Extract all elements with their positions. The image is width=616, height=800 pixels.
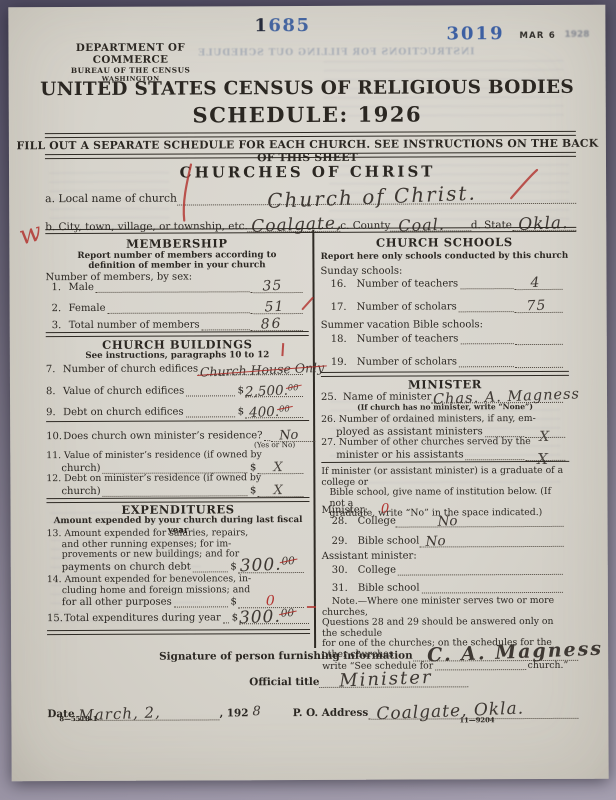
sunday-teachers-label: Number of teachers <box>357 278 459 290</box>
q-number: 31. <box>322 583 358 595</box>
dotted-leader <box>515 342 563 345</box>
q-number: 27. <box>321 437 336 448</box>
red-dash-note <box>307 606 316 608</box>
ordained-ministers-row: 26. Number of ordained ministers, if any… <box>321 414 565 439</box>
note-line: Questions 28 and 29 should be answered o… <box>322 617 568 639</box>
assistant-college-row: 30. College <box>322 564 564 577</box>
right-column: CHURCH SCHOOLS Report here only schools … <box>320 233 570 654</box>
dotted-leader: 4 <box>515 287 563 290</box>
dollar-sign: $ <box>230 561 236 573</box>
label-text: Number of ordained ministers, if any, em… <box>339 413 536 425</box>
label-text: Value of minister’s residence (if owned … <box>64 449 262 461</box>
minister-bible-school-label: Bible school <box>358 536 420 548</box>
residence-debt-line1: 12. Debt on minister’s residence (if own… <box>46 473 303 485</box>
rule <box>46 420 309 422</box>
q-number: 15. <box>47 613 64 625</box>
dotted-leader: No <box>419 544 563 548</box>
dotted-leader: 51 <box>251 311 303 314</box>
date-and-address-row: Date March, 2, , 192 8 P. O. Address Coa… <box>47 703 578 721</box>
minister-bible-school-value: No <box>425 533 446 550</box>
label-text: minister or his assistants <box>321 449 463 462</box>
q-number: 9. <box>46 407 63 419</box>
banner-instruction: FILL OUT A SEPARATE SCHEDULE FOR EACH CH… <box>9 137 606 166</box>
dotted-leader: 300.00 <box>239 621 309 624</box>
dotted-leader <box>96 289 250 293</box>
official-title-value: Minister <box>339 667 433 692</box>
sunday-scholars-row: 17. Number of scholars 75 <box>321 301 563 314</box>
label-text: church) <box>46 486 100 498</box>
summer-schools-header: Summer vacation Bible schools: <box>321 319 483 331</box>
dotted-leader <box>223 620 229 623</box>
form-title: UNITED STATES CENSUS OF RELIGIOUS BODIES <box>9 77 606 101</box>
edifice-value-row: 8. Value of church edifices $ 2,500.00 <box>46 385 303 398</box>
dotted-leader <box>460 286 513 289</box>
benevolences-expense-row: 14. Amount expended for benevolences, in… <box>47 574 304 609</box>
q-number: 12. <box>46 473 61 484</box>
female-label: Female <box>69 303 106 315</box>
rule <box>47 629 310 635</box>
sunday-schools-header: Sunday schools: <box>320 266 402 277</box>
q-number: 18. <box>321 334 357 346</box>
dotted-leader <box>435 667 527 670</box>
minister-college-value: No <box>438 513 459 530</box>
dotted-leader <box>459 309 514 312</box>
received-date-stamp: MAR 6 <box>519 31 556 41</box>
q-number: 30. <box>322 565 358 577</box>
census-form-paper: 1685 3019 MAR 6 1928 INSTRUCTIONS FOR FI… <box>8 5 608 782</box>
dotted-leader: Church House Only <box>198 372 303 375</box>
year-printed: , 192 <box>220 707 249 720</box>
dotted-leader: No <box>396 524 564 528</box>
amount-dollars: 2,500. <box>245 382 289 400</box>
residence-value-row: 11. Value of minister’s residence (if ow… <box>46 450 303 475</box>
official-title-label: Official title <box>249 676 319 689</box>
received-year-stamp: 1928 <box>564 30 589 40</box>
dotted-leader <box>174 605 228 608</box>
edifices-count-label: Number of church edifices <box>63 363 198 376</box>
total-members-label: Total number of members <box>69 319 200 332</box>
minister-subheader: Minister: 0 <box>321 502 389 517</box>
dotted-leader <box>398 572 563 576</box>
residence-debt-line2: church) $ X <box>46 485 303 498</box>
q-number: 14. <box>47 574 62 585</box>
q-number: 29. <box>322 536 358 548</box>
summer-scholars-row: 19. Number of scholars <box>321 356 563 369</box>
amount-dollars: 300. <box>239 606 282 628</box>
amount-cents: 00 <box>281 556 295 569</box>
note-line: Note.—Where one minister serves two or m… <box>322 596 568 618</box>
dotted-leader: C. A. Magness <box>413 658 578 662</box>
edifice-value-label: Value of church edifices <box>63 386 184 399</box>
form-schedule-year: SCHEDULE: 1926 <box>9 101 606 129</box>
dollar-sign: $ <box>238 385 244 397</box>
male-row: 1. Male 35 <box>46 281 303 294</box>
minister-bible-school-row: 29. Bible school No <box>322 535 564 548</box>
dollar-sign: $ <box>238 406 244 418</box>
q-number: 13. <box>47 528 62 539</box>
summer-scholars-label: Number of scholars <box>357 356 457 368</box>
q-number: 8. <box>46 386 63 398</box>
edifice-debt-row: 9. Debt on church edifices $ 400.00 <box>46 406 303 419</box>
membership-subtitle: Report number of members according to de… <box>59 250 294 272</box>
value-line: minister or his assistants X <box>321 448 565 461</box>
male-value: 35 <box>262 278 282 296</box>
dotted-leader <box>466 457 525 460</box>
year-handwritten-digit: 8 <box>252 704 260 720</box>
membership-section-title: MEMBERSHIP <box>45 236 308 251</box>
instruction-line: If minister (or assistant minister) is a… <box>321 466 567 488</box>
female-row: 2. Female 51 <box>46 302 303 315</box>
expense-amount-line: payments on church debt $ 300.00 <box>47 561 304 574</box>
dotted-leader: 400.00 <box>245 415 303 418</box>
female-value: 51 <box>264 299 284 317</box>
red-check-total-members <box>301 296 315 311</box>
q-number: 1. <box>46 282 69 294</box>
dotted-leader: 35 <box>251 290 303 293</box>
red-margin-mark: w <box>16 217 45 252</box>
q-number: 28. <box>322 516 358 528</box>
sunday-teachers-value: 4 <box>530 275 540 292</box>
po-address-label: P. O. Address <box>293 707 368 720</box>
dotted-leader <box>460 341 513 344</box>
other-churches-row: 27. Number of other churches served by t… <box>321 437 565 462</box>
minister-college-row: 28. College No <box>322 515 564 528</box>
q-number: 10. <box>46 431 63 443</box>
edifice-debt-amount: 400.00 <box>249 403 290 421</box>
q-number: 26. <box>321 414 336 425</box>
left-column: MEMBERSHIP Report number of members acco… <box>45 234 310 655</box>
church-schools-subtitle: Report here only schools conducted by th… <box>320 251 568 262</box>
po-address-value: Coalgate, Okla. <box>376 699 524 725</box>
owns-residence-row: 10. Does church own minister’s residence… <box>46 430 303 443</box>
total-expenditures-amount: 300.00 <box>239 606 295 629</box>
dollar-sign: $ <box>232 612 238 624</box>
q-number: 19. <box>321 357 357 369</box>
amount-cents: 00 <box>279 403 290 413</box>
dotted-leader <box>202 327 250 330</box>
male-label: Male <box>69 282 94 294</box>
minister-college-label: College <box>358 516 396 528</box>
q-number: 7. <box>46 364 63 376</box>
serial-stamp-first-digit: 1 <box>254 15 268 36</box>
rule <box>46 331 309 337</box>
dotted-leader <box>515 365 563 368</box>
salaries-expense-row: 13. Amount expended for salaries, repair… <box>47 528 304 574</box>
church-buildings-subtitle: See instructions, paragraphs 10 to 12 <box>46 350 309 361</box>
dotted-leader <box>193 569 228 572</box>
agency-block: DEPARTMENT OF COMMERCE BUREAU OF THE CEN… <box>44 41 216 83</box>
dotted-leader <box>459 364 514 367</box>
total-members-row: 3. Total number of members 86 <box>46 319 303 332</box>
sunday-scholars-value: 75 <box>526 298 546 316</box>
file-number-stamp: 3019 <box>446 23 504 44</box>
dotted-leader <box>422 590 563 594</box>
dotted-leader <box>186 414 235 417</box>
scanned-document-photo: { "stamps": { "serial_top_first": "1", "… <box>0 0 616 800</box>
local-church-name-row: a. Local name of church Church of Christ… <box>45 191 576 206</box>
label-text: Number of other churches served by the <box>339 436 531 448</box>
total-expenditures-label: Total expenditures during year <box>64 612 221 625</box>
minister-subheader-label: Minister: <box>321 505 367 516</box>
edifices-count-value: Church House Only <box>200 360 325 380</box>
label-text: for all other purposes <box>47 597 172 610</box>
amount-cents: 00 <box>288 382 299 392</box>
local-church-name-label: a. Local name of church <box>45 193 177 207</box>
assistant-college-label: College <box>358 565 396 577</box>
q-number: 17. <box>321 302 357 314</box>
label-text: Amount expended for benevolences, in- <box>65 573 252 585</box>
sunday-scholars-label: Number of scholars <box>357 301 457 313</box>
signature-row: Signature of person furnishing informati… <box>159 649 578 663</box>
dollar-sign: $ <box>250 485 256 497</box>
signature-label: Signature of person furnishing informati… <box>159 650 413 664</box>
summer-teachers-label: Number of teachers <box>357 333 459 345</box>
serial-stamp-rest: 685 <box>268 15 310 36</box>
edifices-count-row: 7. Number of church edifices Church Hous… <box>46 363 303 376</box>
serial-number-stamp: 1685 <box>254 15 310 36</box>
dotted-leader: 2,500.00 <box>245 394 303 397</box>
amount-dollars: 400. <box>249 404 280 421</box>
q-number: 11. <box>46 450 61 461</box>
sunday-teachers-row: 16. Number of teachers 4 <box>321 278 563 291</box>
q-number: 16. <box>321 279 357 291</box>
dotted-leader <box>108 310 250 314</box>
dotted-leader <box>103 493 247 497</box>
residence-value-line1: 11. Value of minister’s residence (if ow… <box>46 450 303 462</box>
red-check-stroke-city <box>179 163 195 221</box>
label-line: 27. Number of other churches served by t… <box>321 437 565 449</box>
dotted-leader <box>186 393 234 396</box>
red-check-stroke-name <box>509 168 539 200</box>
dollar-sign: $ <box>231 597 237 609</box>
assistant-minister-header: Assistant minister: <box>322 551 417 562</box>
assistant-bible-school-label: Bible school <box>358 583 420 595</box>
label-text: Amount expended for salaries, repairs, <box>64 527 248 539</box>
dotted-leader: Minister <box>319 685 468 689</box>
minister-red-zero-mark: 0 <box>381 502 389 517</box>
total-expenditures-row: 15. Total expenditures during year $ 300… <box>47 612 304 625</box>
local-church-name-value: Church of Christ. <box>267 181 477 213</box>
q-number: 3. <box>46 320 69 332</box>
rule <box>321 371 569 377</box>
bleed-through-text: INSTRUCTIONS FOR FILLING OUT SCHEDULE <box>188 46 483 58</box>
rule <box>321 461 569 463</box>
owns-residence-label: Does church own minister’s residence? <box>63 430 262 443</box>
department-name: DEPARTMENT OF COMMERCE <box>44 41 216 66</box>
edifice-debt-label: Debt on church edifices <box>63 407 184 420</box>
official-title-row: Official title Minister <box>249 675 468 688</box>
edifice-value-amount: 2,500.00 <box>245 382 299 400</box>
label-text: payments on church debt <box>47 561 191 574</box>
residence-debt-row: 12. Debt on minister’s residence (if own… <box>46 473 303 498</box>
assistant-bible-school-row: 31. Bible school <box>322 582 564 595</box>
label-line: 26. Number of ordained ministers, if any… <box>321 414 565 426</box>
dotted-leader: Church of Christ. <box>177 201 576 206</box>
form-number-right: 11—9204 <box>459 716 494 724</box>
q-number: 2. <box>46 303 69 315</box>
amount-cents: 00 <box>281 607 295 620</box>
minister-name-note: (If church has no minister, write “None”… <box>321 402 569 412</box>
summer-teachers-row: 18. Number of teachers <box>321 333 563 346</box>
dotted-leader: 75 <box>515 310 563 313</box>
form-number-left: 8—5518-1 <box>59 715 97 723</box>
church-schools-title: CHURCH SCHOOLS <box>320 235 568 250</box>
label-text: Debt on minister’s residence (if owned b… <box>64 472 261 484</box>
